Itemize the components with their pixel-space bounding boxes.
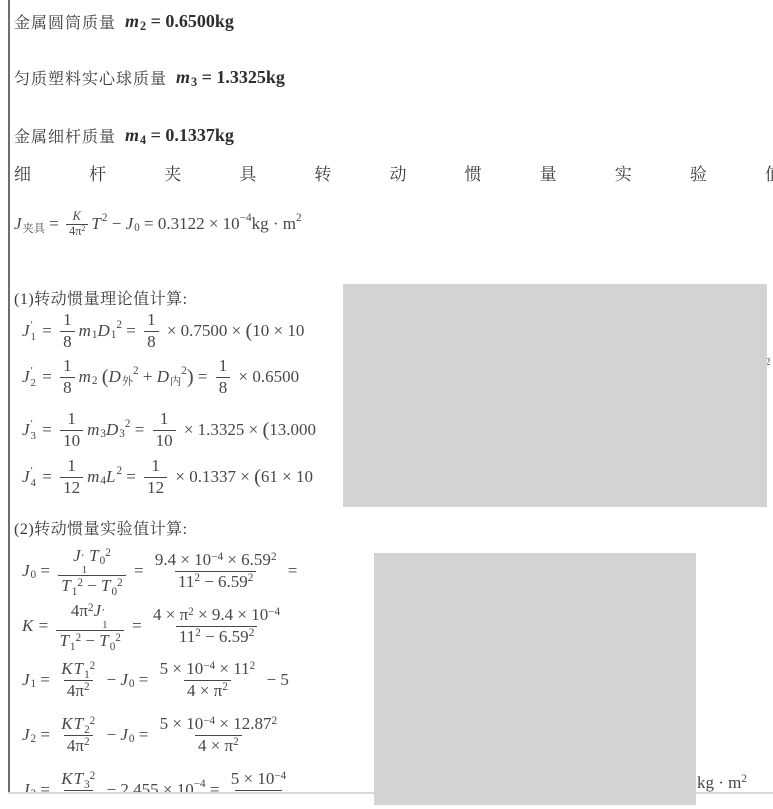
mass-line-cylinder: 金属圆筒质量 m2 = 0.6500kg — [14, 4, 234, 38]
title-char: 值 — [765, 160, 773, 185]
mass-label: 金属圆筒质量 — [14, 10, 116, 33]
title-char: 夹 — [164, 160, 181, 185]
mass-formula: m4 = 0.1337kg — [125, 125, 234, 146]
title-char: 具 — [239, 160, 256, 185]
formula-exp-j1: J1 = KT124π2 − J0 = 5 × 10−4 × 1124 × π2… — [22, 654, 289, 706]
formula-theory-j3: J′3 = 110m3D32 = 110 × 1.3325 × (13.000 — [22, 407, 316, 453]
formula-theory-j4: J′4 = 112m4L2 = 112 × 0.1337 × (61 × 10 — [22, 454, 313, 500]
mass-label: 匀质塑料实心球质量 — [14, 66, 167, 89]
redaction-box-lower — [374, 553, 696, 805]
mass-label: 金属细杆质量 — [14, 124, 116, 147]
mass-formula: m2 = 0.6500kg — [125, 11, 234, 32]
formula-exp-j2: J2 = KT224π2 − J0 = 5 × 10−4 × 12.8724 ×… — [22, 709, 284, 761]
justified-title-row: 细杆夹具转动惯量实验值 — [14, 160, 773, 185]
title-char: 惯 — [465, 160, 482, 185]
formula-theory-j1: J′1 = 18m1D12 = 18 × 0.7500 × (10 × 10 — [22, 308, 304, 354]
mass-formula: m3 = 1.3325kg — [176, 67, 285, 88]
title-char: 细 — [14, 160, 31, 185]
table-cell-left-border — [8, 0, 10, 793]
formula-exp-k: K = 4π2J′1T12 − T02 = 4 × π2 × 9.4 × 10−… — [22, 600, 287, 652]
formula-exp-j3: J3 = KT324π2 − 2.455 × 10−4 = 5 × 10−44 … — [22, 764, 293, 792]
title-char: 验 — [690, 160, 707, 185]
formula-theory-j2: J′2 = 18m2 (D外2 + D内2) = 18 × 0.6500 — [22, 354, 303, 400]
title-char: 转 — [314, 160, 331, 185]
formula-clamp-inertia: J夹具 = K4π2T2 − J0 = 0.3122 × 10−4kg · m2 — [14, 200, 302, 248]
title-char: 动 — [389, 160, 406, 185]
section-header-theory: (1)转动惯量理论值计算: — [14, 286, 188, 309]
mass-line-ball: 匀质塑料实心球质量 m3 = 1.3325kg — [14, 60, 285, 94]
title-char: 实 — [615, 160, 632, 185]
mass-line-rod: 金属细杆质量 m4 = 0.1337kg — [14, 118, 234, 152]
redaction-box-upper — [343, 284, 767, 507]
section-header-experiment: (2)转动惯量实验值计算: — [14, 516, 188, 539]
unit-kg-m2: kg · m2 — [697, 773, 747, 792]
document-page: { "colors": { "background": "#ffffff", "… — [0, 0, 773, 809]
title-char: 杆 — [89, 160, 106, 185]
title-char: 量 — [540, 160, 557, 185]
formula-exp-j0: J0 = J′1T02T12 − T02 = 9.4 × 10−4 × 6.59… — [22, 545, 297, 597]
